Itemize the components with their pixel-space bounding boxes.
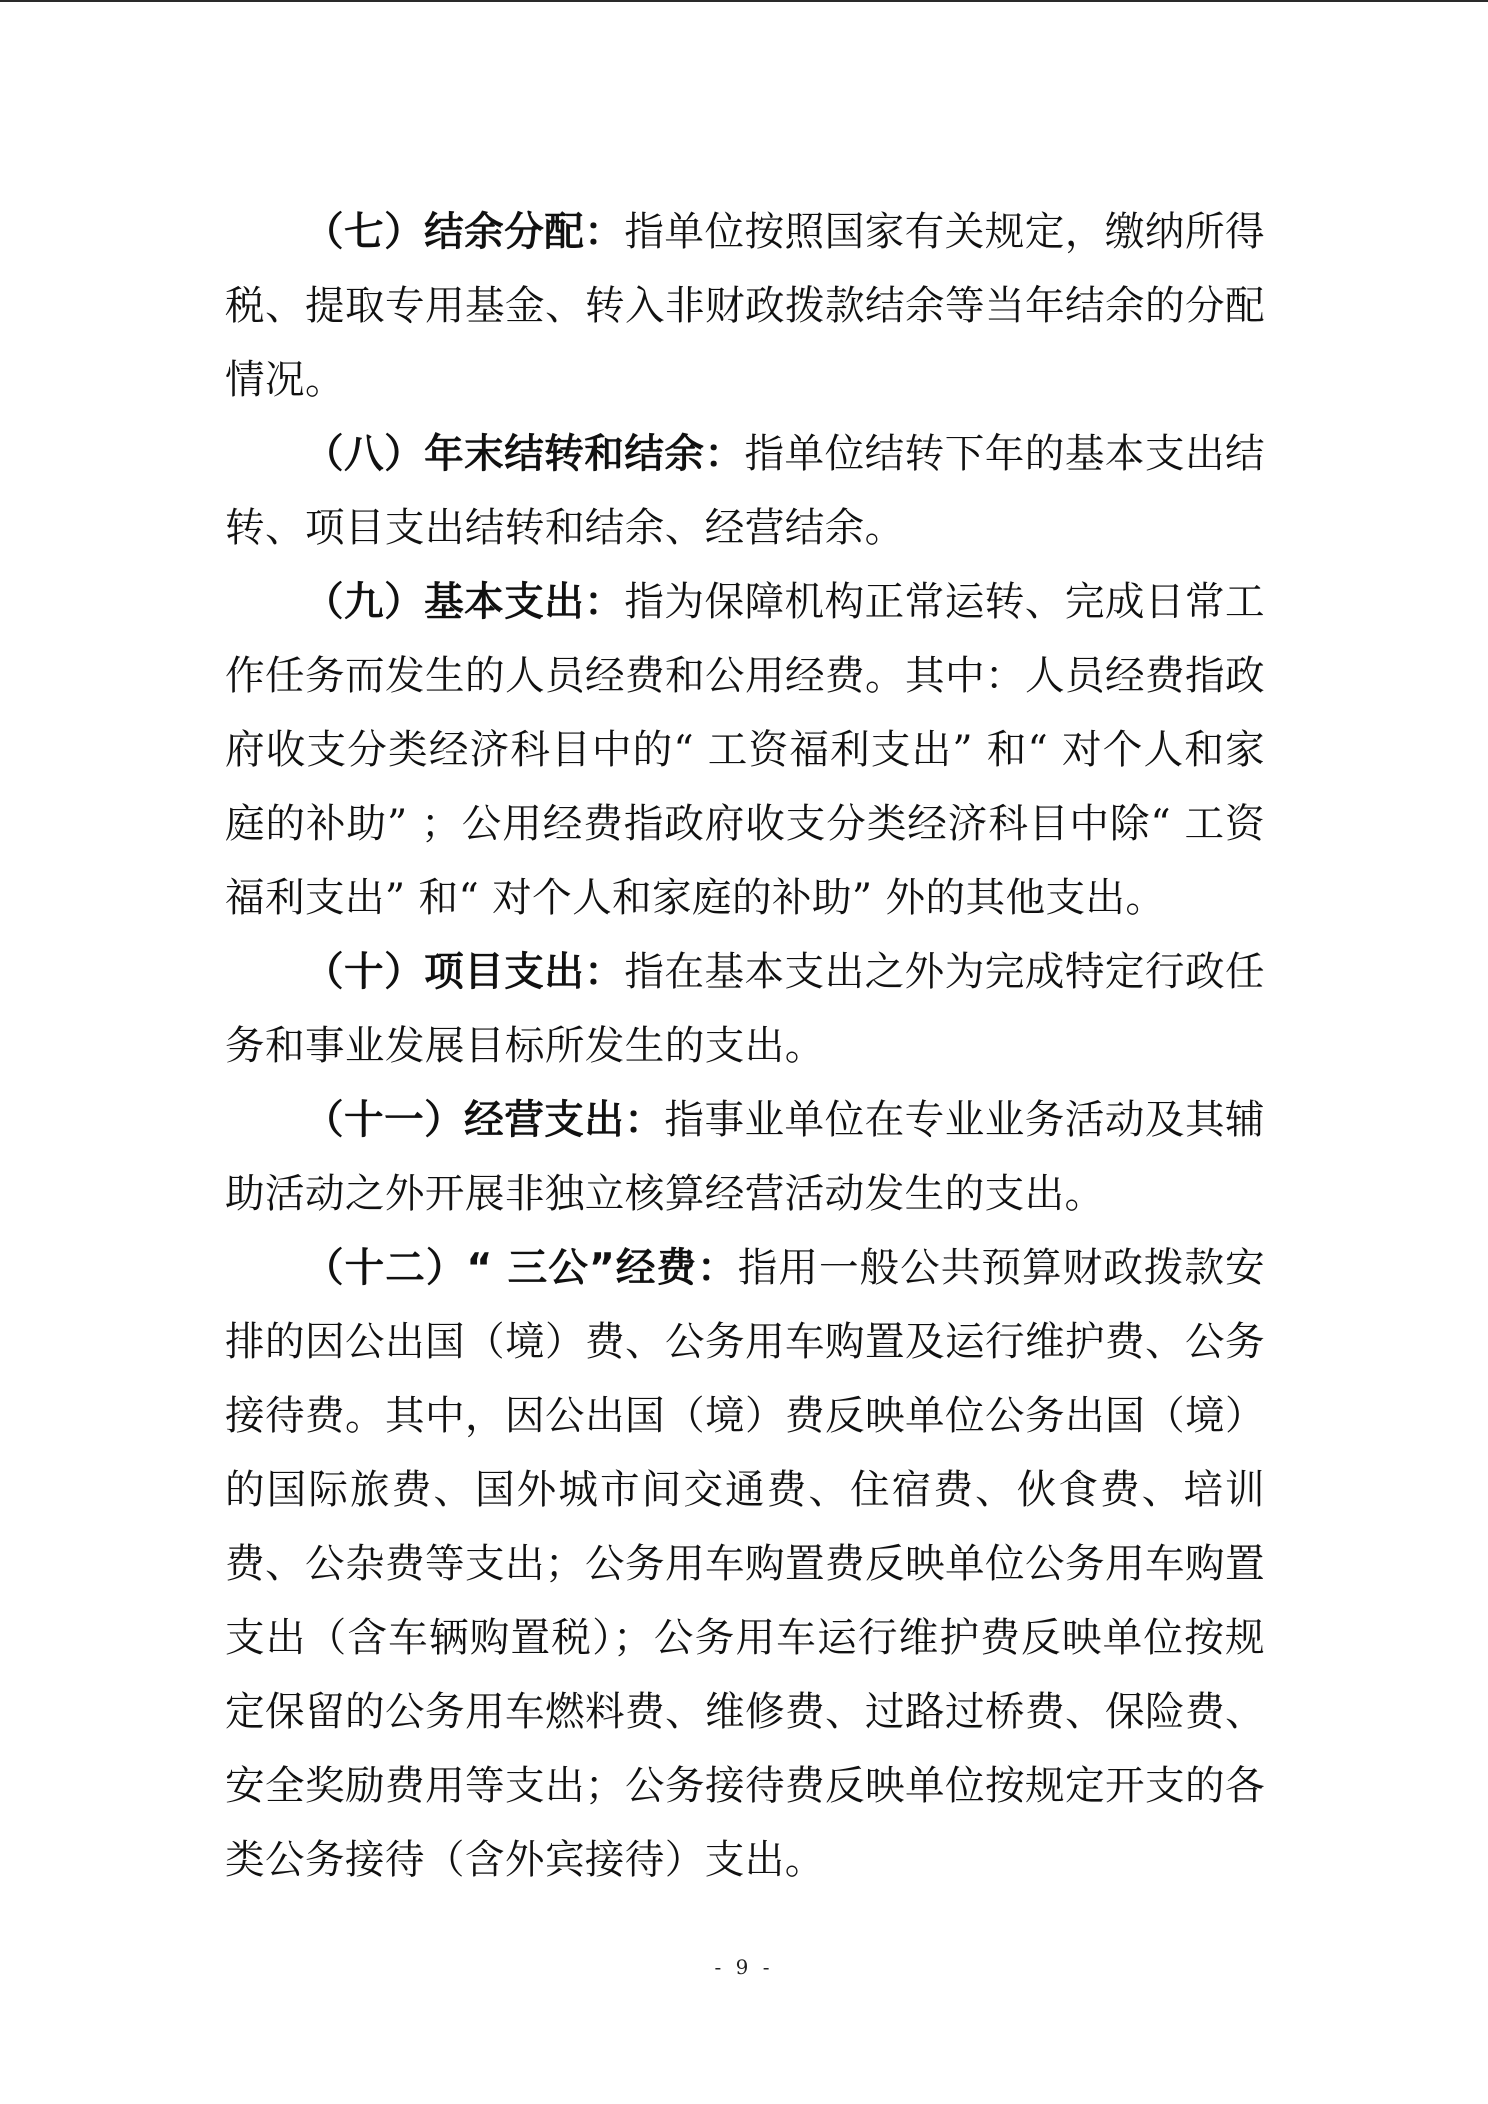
document-body: （七）结余分配：指单位按照国家有关规定，缴纳所得税、提取专用基金、转入非财政拨款… — [225, 195, 1265, 1897]
paragraph-text: 指为保障机构正常运转、完成日常工作任务而发生的人员经费和公用经费。其中：人员经费… — [225, 579, 1265, 921]
page-top-border — [0, 0, 1488, 2]
page-number: - 9 - — [0, 1952, 1488, 1982]
term-heading: （十一）经营支出： — [304, 1097, 664, 1143]
term-heading: （十二）“ 三公”经费： — [304, 1245, 738, 1291]
paragraph-project-expenditure: （十）项目支出：指在基本支出之外为完成特定行政任务和事业发展目标所发生的支出。 — [225, 935, 1265, 1083]
term-heading: （九）基本支出： — [304, 579, 624, 625]
paragraph-text: 指用一般公共预算财政拨款安排的因公出国（境）费、公务用车购置及运行维护费、公务接… — [225, 1245, 1265, 1883]
paragraph-balance-distribution: （七）结余分配：指单位按照国家有关规定，缴纳所得税、提取专用基金、转入非财政拨款… — [225, 195, 1265, 417]
term-heading: （八）年末结转和结余： — [304, 431, 745, 477]
paragraph-year-end-carryover: （八）年末结转和结余：指单位结转下年的基本支出结转、项目支出结转和结余、经营结余… — [225, 417, 1265, 565]
term-heading: （十）项目支出： — [304, 949, 624, 995]
paragraph-operating-expenditure: （十一）经营支出：指事业单位在专业业务活动及其辅助活动之外开展非独立核算经营活动… — [225, 1083, 1265, 1231]
term-heading: （七）结余分配： — [304, 209, 624, 255]
paragraph-basic-expenditure: （九）基本支出：指为保障机构正常运转、完成日常工作任务而发生的人员经费和公用经费… — [225, 565, 1265, 935]
paragraph-three-public-expenses: （十二）“ 三公”经费：指用一般公共预算财政拨款安排的因公出国（境）费、公务用车… — [225, 1231, 1265, 1897]
